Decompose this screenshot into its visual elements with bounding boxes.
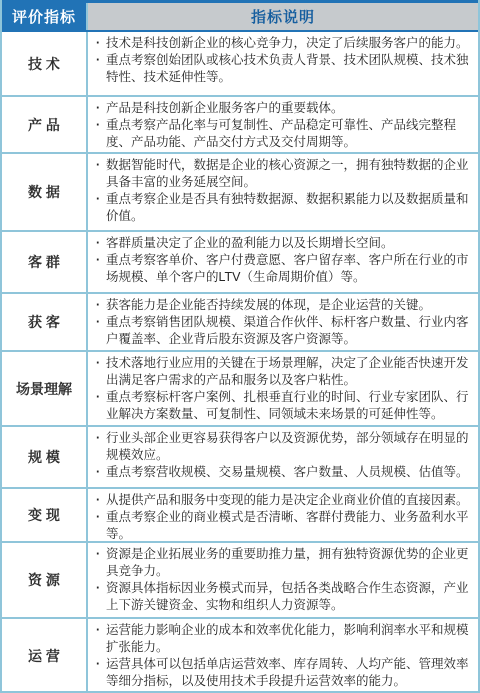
row-description: ·技术是科技创新企业的核心竞争力，决定了后续服务客户的能力。 ·重点考察创始团队… xyxy=(86,32,478,95)
bullet-dot-icon: · xyxy=(96,35,100,52)
bullet-item: ·重点考察营收规模、交易量规模、客户数量、人员规模、估值等。 xyxy=(93,464,474,481)
row-label: 产 品 xyxy=(2,97,86,152)
bullet-text: 产品是科技创新企业服务客户的重要载体。 xyxy=(106,101,344,115)
row-description: ·技术落地行业应用的关键在于场景理解，决定了企业能否快速开发出满足客户需求的产品… xyxy=(86,352,478,425)
table-row: 变 现 ·从提供产品和服务中变现的能力是决定企业商业价值的直接因素。 ·重点考察… xyxy=(2,487,478,541)
bullet-item: ·获客能力是企业能否持续发展的体现，是企业运营的关键。 xyxy=(93,297,474,314)
bullet-text: 资源是企业拓展业务的重要助推力量，拥有独特资源优势的企业更具竞争力。 xyxy=(106,547,469,578)
bullet-dot-icon: · xyxy=(96,492,100,509)
bullet-dot-icon: · xyxy=(96,355,100,372)
row-label: 场景理解 xyxy=(2,352,86,425)
table-row: 数 据 ·数据智能时代，数据是企业的核心资源之一，拥有独特数据的企业具备丰富的业… xyxy=(2,152,478,230)
bullet-dot-icon: · xyxy=(96,314,100,331)
bullet-item: ·数据智能时代，数据是企业的核心资源之一，拥有独特数据的企业具备丰富的业务延展空… xyxy=(93,157,474,191)
row-label: 客 群 xyxy=(2,232,86,292)
row-label: 运 营 xyxy=(2,619,86,693)
row-description: ·产品是科技创新企业服务客户的重要载体。 ·重点考察产品化率与可复制性、产品稳定… xyxy=(86,97,478,152)
table-row: 产 品 ·产品是科技创新企业服务客户的重要载体。 ·重点考察产品化率与可复制性、… xyxy=(2,95,478,152)
row-label: 获 客 xyxy=(2,294,86,350)
bullet-dot-icon: · xyxy=(96,389,100,406)
bullet-item: ·重点考察客单价、客户付费意愿、客户留存率、客户所在行业的市场规模、单个客户的L… xyxy=(93,252,474,286)
row-description: ·资源是企业拓展业务的重要助推力量，拥有独特资源优势的企业更具竞争力。 ·资源具… xyxy=(86,543,478,617)
bullet-text: 重点考察企业的商业模式是否清晰、客群付费能力、业务盈利水平等。 xyxy=(106,510,469,541)
bullet-text: 客群质量决定了企业的盈利能力以及长期增长空间。 xyxy=(106,236,394,250)
row-description: ·客群质量决定了企业的盈利能力以及长期增长空间。 ·重点考察客单价、客户付费意愿… xyxy=(86,232,478,292)
row-description: ·数据智能时代，数据是企业的核心资源之一，拥有独特数据的企业具备丰富的业务延展空… xyxy=(86,154,478,230)
bullet-item: ·运营能力影响企业的成本和效率优化能力，影响利润率水平和规模扩张能力。 xyxy=(93,622,474,656)
table-row: 客 群 ·客群质量决定了企业的盈利能力以及长期增长空间。 ·重点考察客单价、客户… xyxy=(2,230,478,292)
bullet-text: 运营能力影响企业的成本和效率优化能力，影响利润率水平和规模扩张能力。 xyxy=(106,623,469,654)
table-row: 规 模 ·行业头部企业更容易获得客户以及资源优势，部分领域存在明显的规模效应。 … xyxy=(2,425,478,487)
bullet-text: 重点考察销售团队规模、渠道合作伙伴、标杆客户数量、行业内客户覆盖率、企业背后股东… xyxy=(106,315,469,346)
bullet-item: ·重点考察产品化率与可复制性、产品稳定可靠性、产品线完整程度、产品功能、产品交付… xyxy=(93,117,474,151)
table-row: 资 源 ·资源是企业拓展业务的重要助推力量，拥有独特资源优势的企业更具竞争力。 … xyxy=(2,541,478,617)
bullet-text: 技术落地行业应用的关键在于场景理解，决定了企业能否快速开发出满足客户需求的产品和… xyxy=(106,356,469,387)
table-row: 技 术 ·技术是科技创新企业的核心竞争力，决定了后续服务客户的能力。 ·重点考察… xyxy=(2,32,478,95)
bullet-item: ·产品是科技创新企业服务客户的重要载体。 xyxy=(93,100,474,117)
bullet-dot-icon: · xyxy=(96,52,100,69)
bullet-text: 数据智能时代，数据是企业的核心资源之一，拥有独特数据的企业具备丰富的业务延展空间… xyxy=(106,158,469,189)
bullet-item: ·重点考察企业是否具有独特数据源、数据积累能力以及数据质量和价值。 xyxy=(93,191,474,225)
bullet-item: ·客群质量决定了企业的盈利能力以及长期增长空间。 xyxy=(93,235,474,252)
bullet-item: ·资源是企业拓展业务的重要助推力量，拥有独特资源优势的企业更具竞争力。 xyxy=(93,546,474,580)
bullet-item: ·资源具体指标因业务模式而异，包括各类战略合作生态资源，产业上下游关键资金、实物… xyxy=(93,580,474,614)
bullet-item: ·重点考察企业的商业模式是否清晰、客群付费能力、业务盈利水平等。 xyxy=(93,509,474,541)
bullet-dot-icon: · xyxy=(96,252,100,269)
bullet-dot-icon: · xyxy=(96,191,100,208)
header-cell-description: 指标说明 xyxy=(86,3,478,30)
bullet-text: 重点考察创始团队或核心技术负责人背景、技术团队规模、技术独特性、技术延伸性等。 xyxy=(106,53,469,84)
bullet-item: ·技术落地行业应用的关键在于场景理解，决定了企业能否快速开发出满足客户需求的产品… xyxy=(93,355,474,389)
evaluation-criteria-table: 评价指标 指标说明 技 术 ·技术是科技创新企业的核心竞争力，决定了后续服务客户… xyxy=(0,0,480,693)
bullet-item: ·运营具体可以包括单店运营效率、库存周转、人均产能、管理效率等细分指标，以及使用… xyxy=(93,656,474,690)
header-cell-criteria: 评价指标 xyxy=(2,3,86,30)
bullet-dot-icon: · xyxy=(96,546,100,563)
bullet-dot-icon: · xyxy=(96,100,100,117)
bullet-text: 重点考察标杆客户案例、扎根垂直行业的时间、行业专家团队、行业解决方案数量、可复制… xyxy=(106,390,469,421)
bullet-item: ·从提供产品和服务中变现的能力是决定企业商业价值的直接因素。 xyxy=(93,492,474,509)
row-description: ·获客能力是企业能否持续发展的体现，是企业运营的关键。 ·重点考察销售团队规模、… xyxy=(86,294,478,350)
bullet-text: 资源具体指标因业务模式而异，包括各类战略合作生态资源，产业上下游关键资金、实物和… xyxy=(106,581,469,612)
bullet-text: 行业头部企业更容易获得客户以及资源优势，部分领域存在明显的规模效应。 xyxy=(106,431,469,462)
bullet-dot-icon: · xyxy=(96,580,100,597)
row-label: 规 模 xyxy=(2,427,86,487)
bullet-dot-icon: · xyxy=(96,157,100,174)
bullet-dot-icon: · xyxy=(96,509,100,526)
table-row: 获 客 ·获客能力是企业能否持续发展的体现，是企业运营的关键。 ·重点考察销售团… xyxy=(2,292,478,350)
bullet-item: ·重点考察标杆客户案例、扎根垂直行业的时间、行业专家团队、行业解决方案数量、可复… xyxy=(93,389,474,423)
bullet-text: 运营具体可以包括单店运营效率、库存周转、人均产能、管理效率等细分指标，以及使用技… xyxy=(106,657,469,688)
bullet-text: 从提供产品和服务中变现的能力是决定企业商业价值的直接因素。 xyxy=(106,493,469,507)
row-label: 资 源 xyxy=(2,543,86,617)
row-description: ·行业头部企业更容易获得客户以及资源优势，部分领域存在明显的规模效应。 ·重点考… xyxy=(86,427,478,487)
bullet-dot-icon: · xyxy=(96,656,100,673)
bullet-text: 技术是科技创新企业的核心竞争力，决定了后续服务客户的能力。 xyxy=(106,36,469,50)
bullet-dot-icon: · xyxy=(96,622,100,639)
bullet-text: 重点考察客单价、客户付费意愿、客户留存率、客户所在行业的市场规模、单个客户的LT… xyxy=(106,253,469,284)
row-label: 变 现 xyxy=(2,489,86,541)
bullet-text: 获客能力是企业能否持续发展的体现，是企业运营的关键。 xyxy=(106,298,431,312)
bullet-dot-icon: · xyxy=(96,297,100,314)
bullet-dot-icon: · xyxy=(96,235,100,252)
bullet-dot-icon: · xyxy=(96,430,100,447)
row-description: ·运营能力影响企业的成本和效率优化能力，影响利润率水平和规模扩张能力。 ·运营具… xyxy=(86,619,478,693)
bullet-text: 重点考察企业是否具有独特数据源、数据积累能力以及数据质量和价值。 xyxy=(106,192,469,223)
row-label: 数 据 xyxy=(2,154,86,230)
row-description: ·从提供产品和服务中变现的能力是决定企业商业价值的直接因素。 ·重点考察企业的商… xyxy=(86,489,478,541)
bullet-text: 重点考察营收规模、交易量规模、客户数量、人员规模、估值等。 xyxy=(106,465,469,479)
table-header-row: 评价指标 指标说明 xyxy=(2,0,478,32)
bullet-item: ·重点考察创始团队或核心技术负责人背景、技术团队规模、技术独特性、技术延伸性等。 xyxy=(93,52,474,86)
bullet-item: ·行业头部企业更容易获得客户以及资源优势，部分领域存在明显的规模效应。 xyxy=(93,430,474,464)
bullet-item: ·技术是科技创新企业的核心竞争力，决定了后续服务客户的能力。 xyxy=(93,35,474,52)
bullet-dot-icon: · xyxy=(96,117,100,134)
bullet-dot-icon: · xyxy=(96,464,100,481)
bullet-text: 重点考察产品化率与可复制性、产品稳定可靠性、产品线完整程度、产品功能、产品交付方… xyxy=(106,118,456,149)
row-label: 技 术 xyxy=(2,32,86,95)
table-row: 场景理解 ·技术落地行业应用的关键在于场景理解，决定了企业能否快速开发出满足客户… xyxy=(2,350,478,425)
table-row: 运 营 ·运营能力影响企业的成本和效率优化能力，影响利润率水平和规模扩张能力。 … xyxy=(2,617,478,693)
bullet-item: ·重点考察销售团队规模、渠道合作伙伴、标杆客户数量、行业内客户覆盖率、企业背后股… xyxy=(93,314,474,348)
